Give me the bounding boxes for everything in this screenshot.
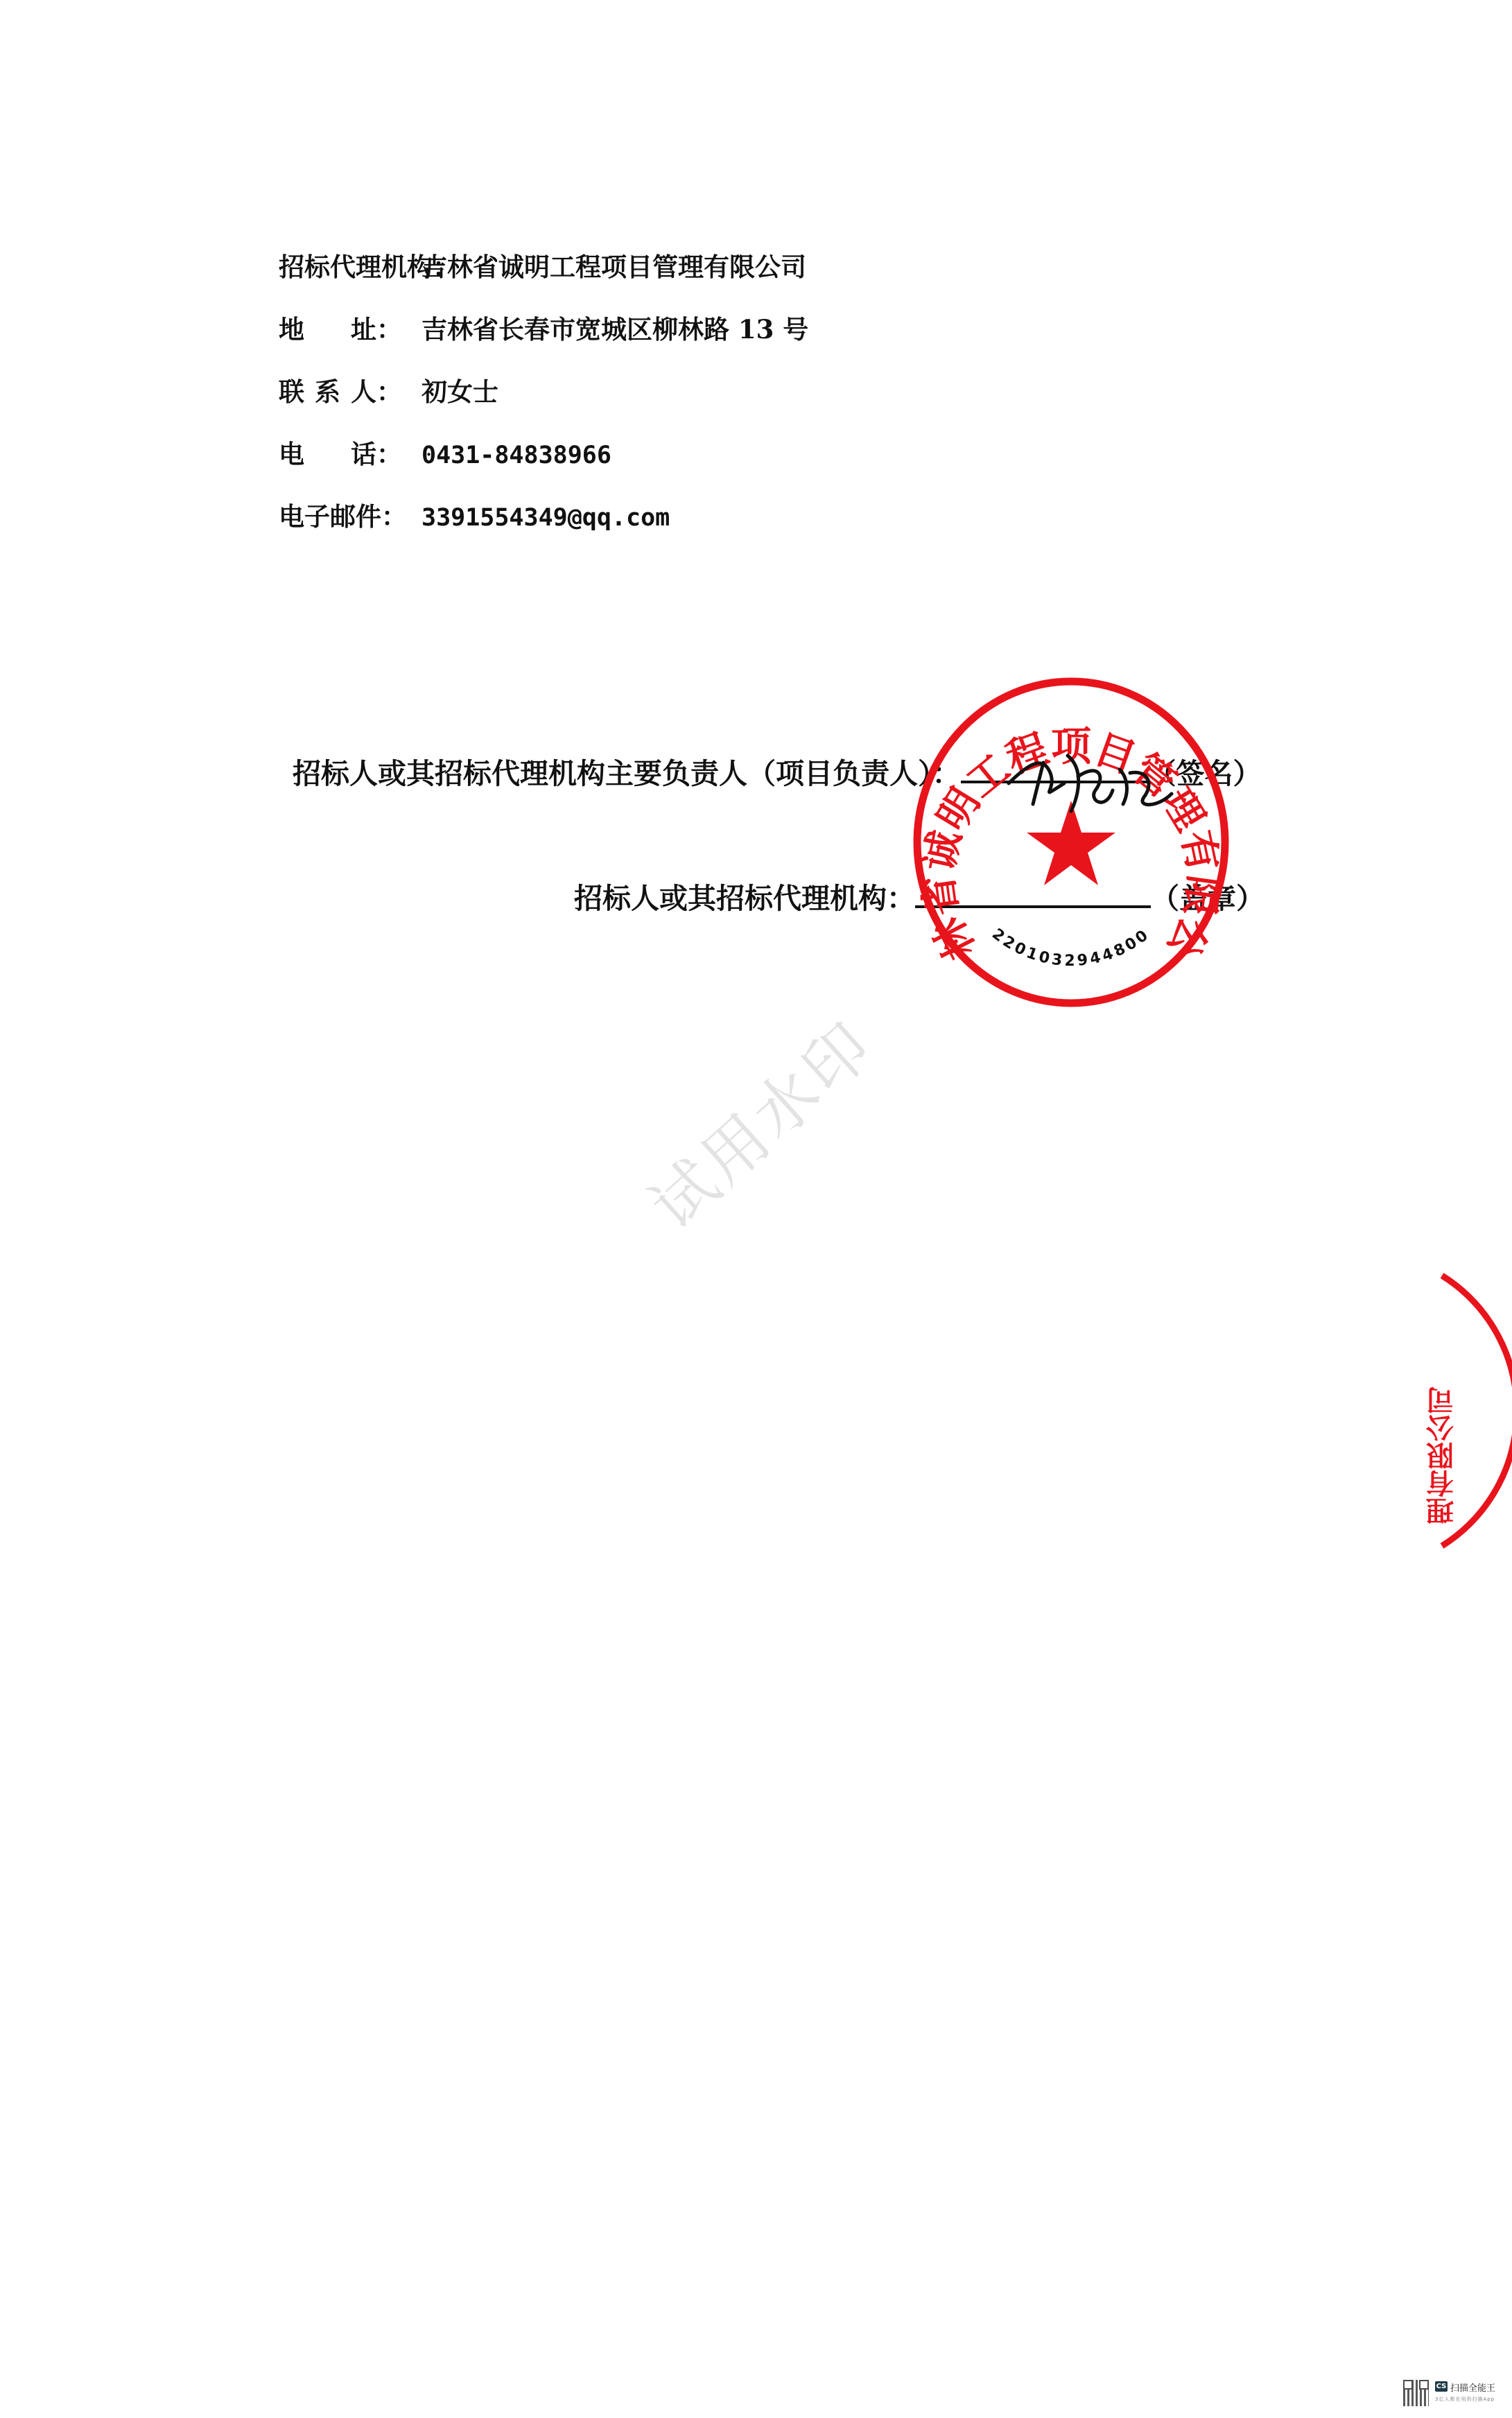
scanner-app-name: 扫描全能王 [1450,2381,1495,2394]
email-label: 电子邮件： [279,499,422,534]
phone-row: 电 话： 0431-84838966 [279,437,611,471]
contact-person-row: 联 系 人： 初女士 [279,374,498,409]
agency-label: 招标代理机构： [279,250,422,284]
principal-label: 招标人或其招标代理机构主要负责人（项目负责人）： [293,757,961,790]
address-value: 吉林省长春市宽城区柳林路 13 号 [422,312,808,347]
email-row: 电子邮件：3391554349@qq.com [279,499,670,534]
partial-seal-text: 理有限公司 [1426,1386,1459,1525]
contact-person-label: 联 系 人： [279,374,402,409]
partial-seal-edge-icon: 理有限公司 [1414,1262,1512,1560]
address-label: 地 址： [279,312,402,347]
seal-serial-number: 2201032944800 [989,925,1154,970]
company-seal-icon: 吉林省诚明工程项目管理有限公司 2201032944800 [905,676,1237,1009]
agency-value: 吉林省诚明工程项目管理有限公司 [422,250,806,284]
qr-code-icon [1403,2380,1429,2406]
agency-row: 招标代理机构：吉林省诚明工程项目管理有限公司 [279,250,806,284]
scanner-app-badge: CS 扫描全能王 3亿人都在用的扫描App [1400,2378,1512,2408]
contact-person-value: 初女士 [422,374,498,409]
agency-seal-label: 招标人或其招标代理机构： [574,882,915,915]
email-value: 3391554349@qq.com [422,501,670,535]
phone-label: 电 话： [279,437,402,471]
address-row: 地 址： 吉林省长春市宽城区柳林路 13 号 [279,312,808,347]
phone-value: 0431-84838966 [422,438,611,473]
scanner-app-tagline: 3亿人都在用的扫描App [1435,2396,1495,2403]
trial-watermark: 试用水印 [627,997,891,1246]
handwritten-signature [1002,735,1182,825]
cs-logo-icon: CS [1435,2381,1448,2392]
